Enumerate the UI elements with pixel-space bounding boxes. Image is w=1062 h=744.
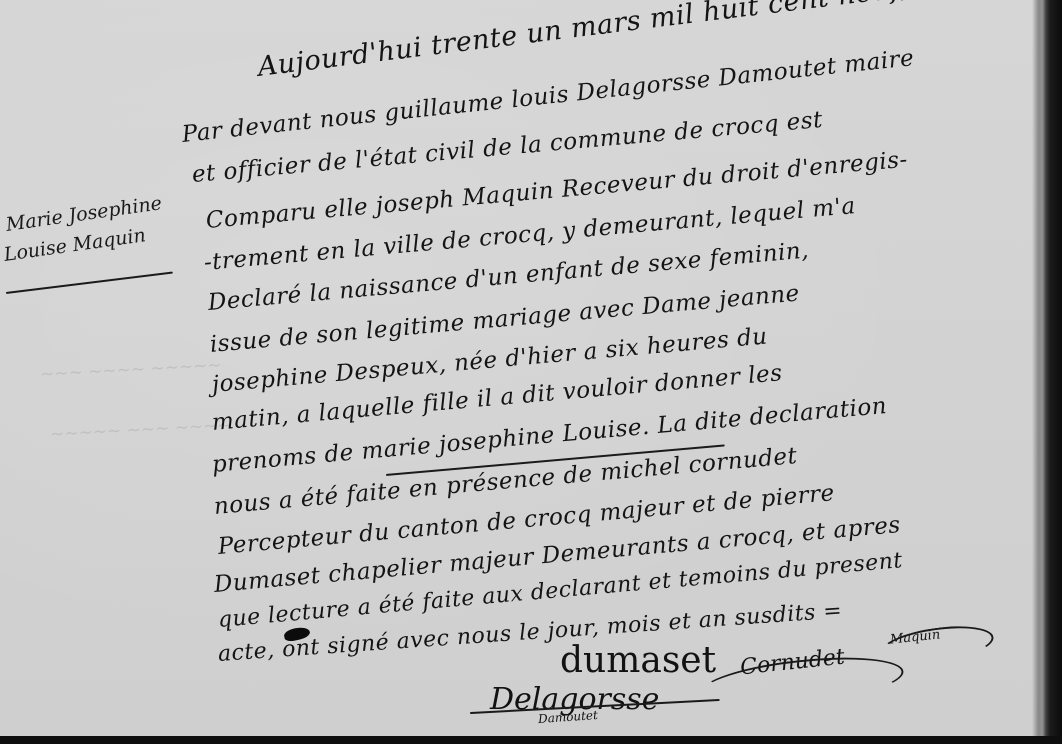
signature-maquin-flourish <box>878 620 996 670</box>
page-binding-highlight <box>1038 0 1046 737</box>
bleed-through-text: ~~~ ~~~~ ~~~~~ <box>40 355 223 384</box>
page-binding-edge <box>1032 0 1062 737</box>
document-page: ~~~ ~~~~ ~~~~~ ~~~~~ ~~~ ~~~~ Marie Jose… <box>0 0 1062 737</box>
signature-damoutet: Damoutet <box>538 708 599 726</box>
scan-bottom-edge <box>0 736 1062 744</box>
signature-dumaset: dumaset <box>560 640 716 681</box>
margin-note-underline <box>6 272 173 294</box>
signature-cornudet-flourish <box>698 649 905 714</box>
bleed-through-text: ~~~~~ ~~~ ~~~~ <box>50 415 233 444</box>
